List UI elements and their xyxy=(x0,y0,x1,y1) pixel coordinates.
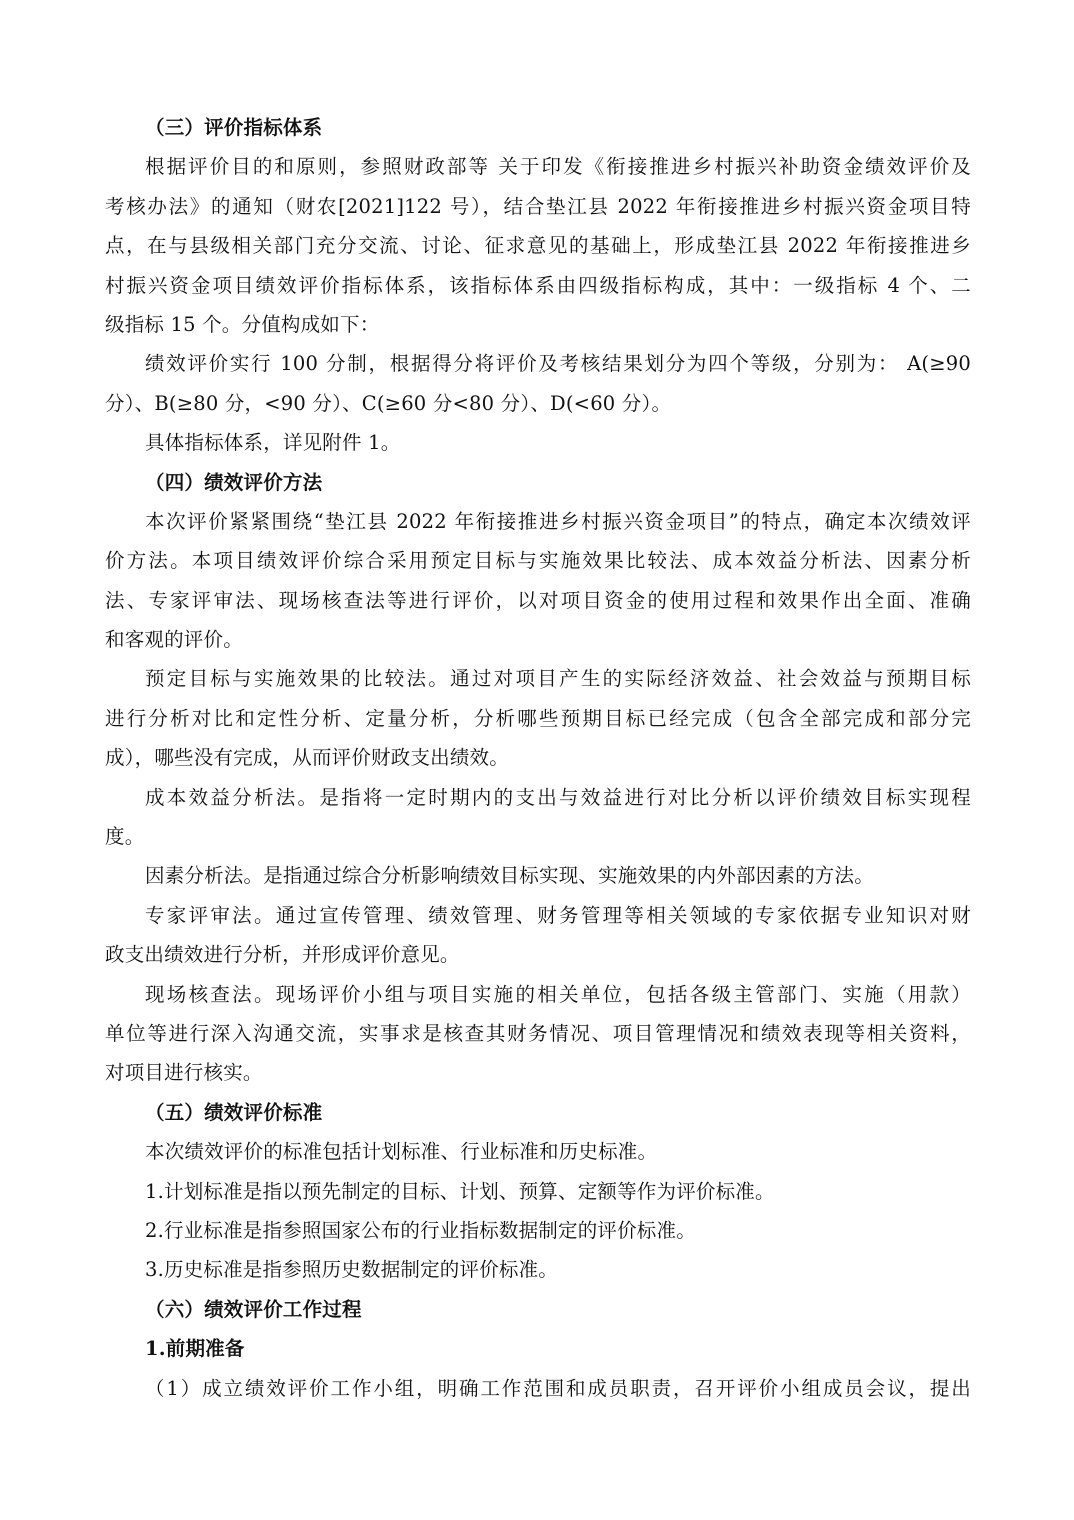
text-line: 点，在与县级相关部门充分交流、讨论、征求意见的基础上，形成垫江县 2022 年衔… xyxy=(105,226,971,265)
text-line: 村振兴资金项目绩效评价指标体系，该指标体系由四级指标构成，其中：一级指标 4 个… xyxy=(105,266,971,305)
paragraph-factor-analysis-method: 因素分析法。是指通过综合分析影响绩效目标实现、实施效果的内外部因素的方法。 xyxy=(105,856,971,895)
text-line: 成本效益分析法。是指将一定时期内的支出与效益进行对比分析以评价绩效目标实现程 xyxy=(105,778,971,817)
text-line: 本次评价紧紧围绕“垫江县 2022 年衔接推进乡村振兴资金项目”的特点，确定本次… xyxy=(105,502,971,541)
text-line: 级指标 15 个。分值构成如下： xyxy=(105,305,971,344)
paragraph-expert-review-method: 专家评审法。通过宣传管理、绩效管理、财务管理等相关领域的专家依据专业知识对财 政… xyxy=(105,896,971,975)
text-line: 进行分析对比和定性分析、定量分析，分析哪些预期目标已经完成（包含全部完成和部分完 xyxy=(105,699,971,738)
paragraph-cost-benefit-method: 成本效益分析法。是指将一定时期内的支出与效益进行对比分析以评价绩效目标实现程 度… xyxy=(105,778,971,857)
paragraph-indicator-basis: 根据评价目的和原则，参照财政部等 关于印发《衔接推进乡村振兴补助资金绩效评价及 … xyxy=(105,147,971,344)
text-line: 单位等进行深入沟通交流，实事求是核查其财务情况、项目管理情况和绩效表现等相关资料… xyxy=(105,1014,971,1053)
text-line: 和客观的评价。 xyxy=(105,620,971,659)
list-item-historical-standard: 3.历史标准是指参照历史数据制定的评价标准。 xyxy=(105,1250,971,1289)
section-heading-work-process: （六）绩效评价工作过程 xyxy=(105,1290,971,1329)
section-heading-evaluation-standards: （五）绩效评价标准 xyxy=(105,1093,971,1132)
text-line: 根据评价目的和原则，参照财政部等 关于印发《衔接推进乡村振兴补助资金绩效评价及 xyxy=(105,147,971,186)
text-line: 对项目进行核实。 xyxy=(105,1053,971,1092)
paragraph-comparison-method: 预定目标与实施效果的比较法。通过对项目产生的实际经济效益、社会效益与预期目标 进… xyxy=(105,659,971,777)
text-line: 现场核查法。现场评价小组与项目实施的相关单位，包括各级主管部门、实施（用款） xyxy=(105,975,971,1014)
paragraph-onsite-verification-method: 现场核查法。现场评价小组与项目实施的相关单位，包括各级主管部门、实施（用款） 单… xyxy=(105,975,971,1093)
text-line: 价方法。本项目绩效评价综合采用预定目标与实施效果比较法、成本效益分析法、因素分析 xyxy=(105,541,971,580)
list-item-industry-standard: 2.行业标准是指参照国家公布的行业指标数据制定的评价标准。 xyxy=(105,1211,971,1250)
text-line: 分）、B(≥80 分，<90 分）、C(≥60 分<80 分）、D(<60 分）… xyxy=(105,384,971,423)
text-line: 绩效评价实行 100 分制，根据得分将评价及考核结果划分为四个等级，分别为： A… xyxy=(105,344,971,383)
document-page: （三）评价指标体系 根据评价目的和原则，参照财政部等 关于印发《衔接推进乡村振兴… xyxy=(105,108,971,1408)
text-line: 度。 xyxy=(105,817,971,856)
text-line: 本次绩效评价的标准包括计划标准、行业标准和历史标准。 xyxy=(105,1132,971,1171)
section-heading-indicator-system: （三）评价指标体系 xyxy=(105,108,971,147)
text-line: 预定目标与实施效果的比较法。通过对项目产生的实际经济效益、社会效益与预期目标 xyxy=(105,659,971,698)
list-item-plan-standard: 1.计划标准是指以预先制定的目标、计划、预算、定额等作为评价标准。 xyxy=(105,1172,971,1211)
text-line: （1）成立绩效评价工作小组，明确工作范围和成员职责，召开评价小组成员会议，提出 xyxy=(105,1369,971,1408)
paragraph-attachment-note: 具体指标体系，详见附件 1。 xyxy=(105,423,971,462)
text-line: 专家评审法。通过宣传管理、绩效管理、财务管理等相关领域的专家依据专业知识对财 xyxy=(105,896,971,935)
paragraph-grading-scale: 绩效评价实行 100 分制，根据得分将评价及考核结果划分为四个等级，分别为： A… xyxy=(105,344,971,423)
text-line: 具体指标体系，详见附件 1。 xyxy=(105,423,971,462)
text-line: 因素分析法。是指通过综合分析影响绩效目标实现、实施效果的内外部因素的方法。 xyxy=(105,856,971,895)
paragraph-methods-overview: 本次评价紧紧围绕“垫江县 2022 年衔接推进乡村振兴资金项目”的特点，确定本次… xyxy=(105,502,971,660)
subheading-preparation: 1.前期准备 xyxy=(105,1329,971,1368)
section-heading-evaluation-methods: （四）绩效评价方法 xyxy=(105,463,971,502)
text-line: 考核办法》的通知（财农[2021]122 号），结合垫江县 2022 年衔接推进… xyxy=(105,187,971,226)
text-line: 成），哪些没有完成，从而评价财政支出绩效。 xyxy=(105,738,971,777)
text-line: 法、专家评审法、现场核查法等进行评价，以对项目资金的使用过程和效果作出全面、准确 xyxy=(105,581,971,620)
text-line: 政支出绩效进行分析，并形成评价意见。 xyxy=(105,935,971,974)
